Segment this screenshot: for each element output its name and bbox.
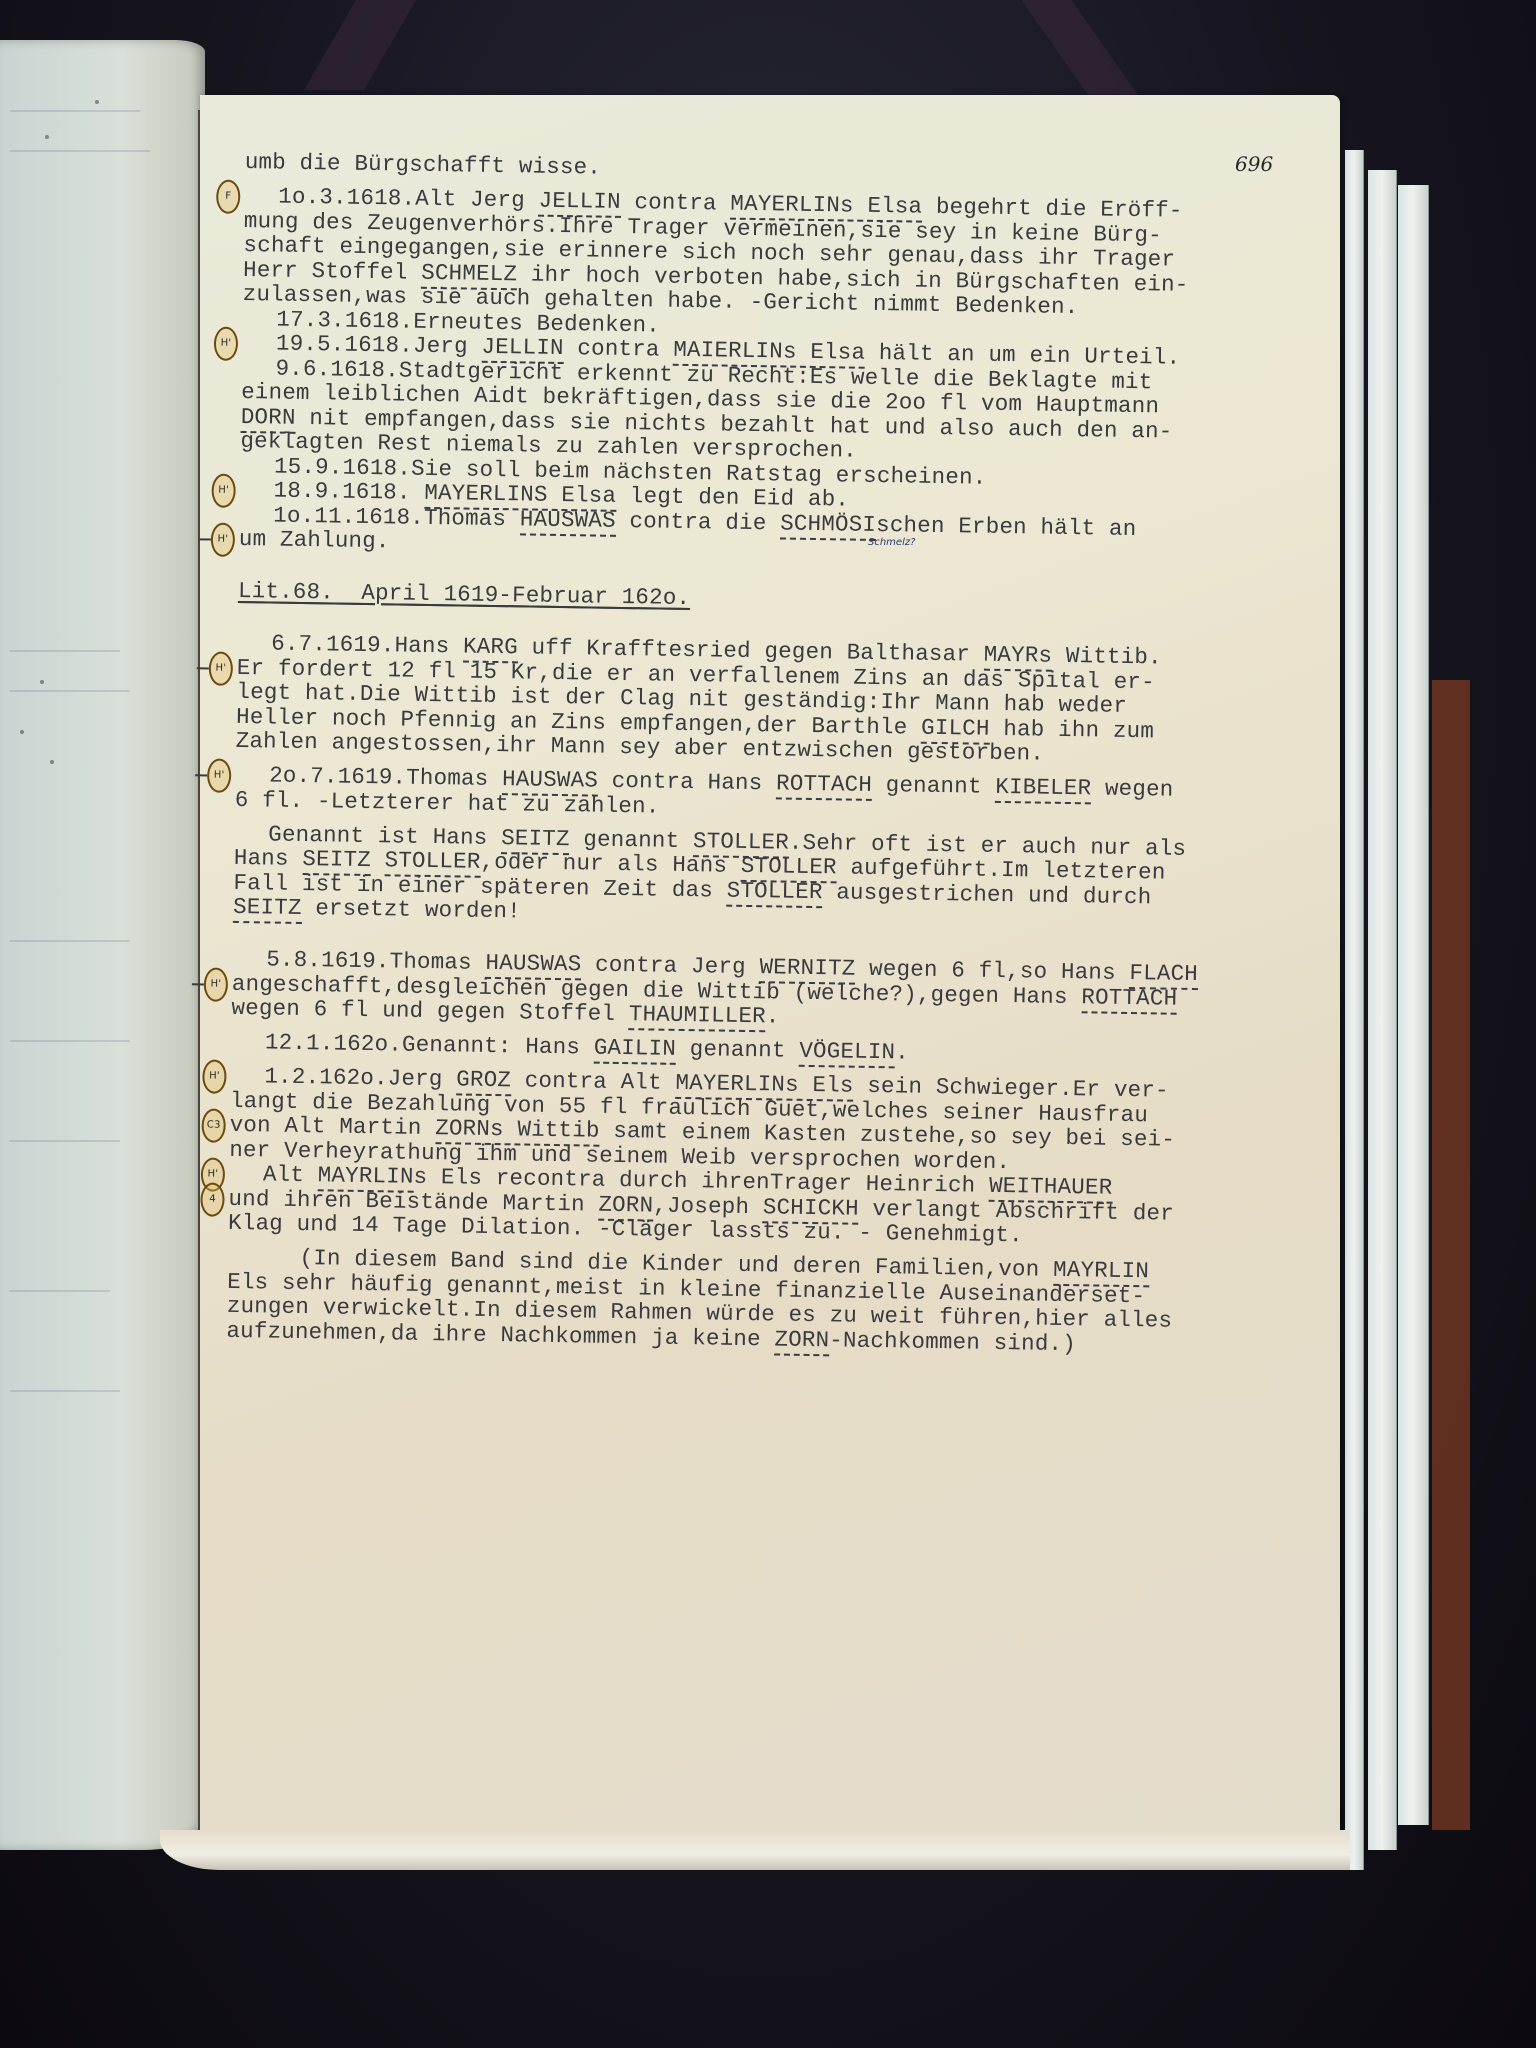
binder-cover-edge (1432, 680, 1470, 1830)
bleed-through-dot (20, 730, 24, 734)
text-segment: . (766, 1003, 780, 1029)
bleed-through-dot (45, 135, 49, 139)
page-stack (1368, 170, 1397, 1850)
text-segment: wegen (1091, 775, 1174, 802)
background-stripe (304, 0, 416, 90)
bleed-through-line (10, 1290, 110, 1292)
text-segment: contra die (616, 507, 781, 536)
bleed-through-line (10, 690, 130, 692)
text-segment: ,Joseph (653, 1192, 763, 1220)
bleed-through-dot (40, 680, 44, 684)
text-segment: -Nachkommen sind.) (829, 1327, 1076, 1357)
page-bottom-edge (160, 1830, 1350, 1870)
bleed-through-line (10, 150, 150, 152)
handwritten-note: Schmelz? (868, 537, 915, 548)
bleed-through-line (10, 1390, 120, 1392)
page-stack (1345, 150, 1364, 1870)
bleed-through-line (10, 1040, 130, 1042)
bleed-through-line (10, 940, 130, 942)
text-segment: ersetzt worden! (301, 895, 521, 924)
transcript-body: umb die Bürgschafft wisse.1o.3.1618.Alt … (226, 150, 1315, 1360)
background-stripe (1021, 0, 1148, 110)
text-segment: umb die Bürgschafft wisse. (245, 149, 602, 181)
bleed-through-line (10, 110, 140, 112)
underlined-surname: GAILIN (594, 1035, 677, 1065)
underlined-surname: VÖGELIN (799, 1038, 895, 1069)
left-page (0, 40, 205, 1850)
text-segment: 6 fl. -Letzterer hat zu zahlen. (235, 786, 660, 819)
text-segment: 12.1.162o.Genannt: Hans (265, 1029, 594, 1060)
text-segment: contra (563, 335, 673, 363)
text-segment: genannt (569, 826, 693, 854)
text-segment: wegen 6 fl und gegen Stoffel (231, 995, 629, 1027)
bleed-through-dot (95, 100, 99, 104)
text-segment: genannt (872, 772, 996, 800)
text-segment: genannt (676, 1036, 800, 1064)
underlined-surname: ZORN (774, 1326, 829, 1356)
bleed-through-line (10, 650, 120, 652)
text-segment: contra (621, 189, 731, 217)
text-segment: Wittib. (1052, 643, 1162, 671)
bleed-through-line (10, 1140, 120, 1142)
underlined-surname: SEITZ (233, 894, 302, 924)
text-segment (371, 847, 385, 873)
text-segment: Hans (234, 845, 303, 872)
page-stack (1398, 185, 1429, 1825)
text-segment: Alt (263, 1161, 318, 1188)
bleed-through-dot (50, 760, 54, 764)
underlined-surname: THAUMILLER (629, 1001, 766, 1032)
text-segment: . (895, 1039, 909, 1065)
text-segment: um Zahlung. (239, 526, 390, 554)
